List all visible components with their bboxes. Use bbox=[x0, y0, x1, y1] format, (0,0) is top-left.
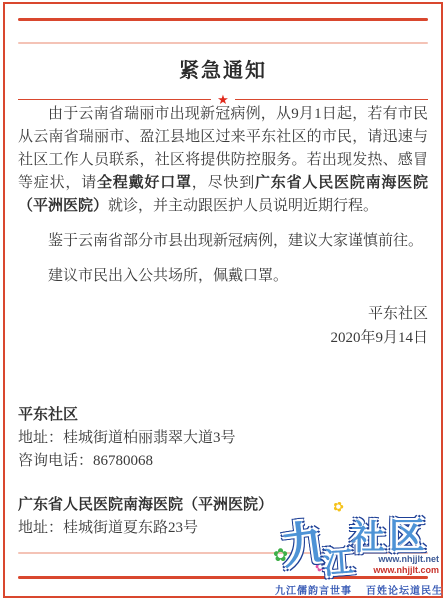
paragraph-1-mid: ，尽快到 bbox=[192, 175, 255, 191]
contact-community-name: 平东社区 bbox=[18, 404, 428, 427]
logo-tagline-right: 百姓论坛道民生 bbox=[366, 582, 443, 597]
paragraph-1-bold-mask: 全程戴好口罩 bbox=[97, 175, 192, 191]
notice-title: 紧急通知 bbox=[0, 54, 446, 83]
logo-tagline-left: 九江儒韵言世事 bbox=[275, 582, 352, 597]
signature-name: 平东社区 bbox=[18, 302, 428, 326]
logo-tagline: 九江儒韵言世事 百姓论坛道民生 bbox=[275, 582, 443, 597]
logo-char-qu: 区 bbox=[389, 508, 425, 559]
notice-body: 由于云南省瑞丽市出现新冠病例，从9月1日起，若有市民从云南省瑞丽市、盈江县地区过… bbox=[18, 103, 428, 350]
top-thick-rule bbox=[18, 18, 428, 21]
signature-date: 2020年9月14日 bbox=[18, 326, 428, 350]
notice-page: 紧急通知 ★ 由于云南省瑞丽市出现新冠病例，从9月1日起，若有市民从云南省瑞丽市… bbox=[0, 0, 446, 600]
paragraph-1-end: 就诊，并主动跟医护人员说明近期行程。 bbox=[108, 198, 378, 214]
contact-community: 平东社区 地址：桂城街道柏丽翡翠大道3号 咨询电话：86780068 bbox=[18, 404, 428, 473]
paragraph-1: 由于云南省瑞丽市出现新冠病例，从9月1日起，若有市民从云南省瑞丽市、盈江县地区过… bbox=[18, 103, 428, 218]
top-light-rule bbox=[18, 42, 428, 44]
logo-url-net: www.nhjjlt.net bbox=[373, 554, 439, 565]
paragraph-2: 鉴于云南省部分市县出现新冠病例，建议大家谨慎前往。 bbox=[18, 230, 428, 253]
divider-line-right bbox=[235, 99, 428, 100]
logo-url-com: www.nhjjlt.com bbox=[373, 565, 439, 576]
signature-block: 平东社区 2020年9月14日 bbox=[18, 302, 428, 350]
paragraph-3: 建议市民出入公共场所，佩戴口罩。 bbox=[18, 265, 428, 288]
contact-community-address: 地址：桂城街道柏丽翡翠大道3号 bbox=[18, 427, 428, 450]
divider-line-left bbox=[18, 99, 211, 100]
logo-char-jiang: 江 bbox=[322, 537, 355, 583]
jiujiang-community-logo: ✿ ✿ ✿ 九 江 社 区 www.nhjjlt.net www.nhjjlt.… bbox=[273, 502, 445, 598]
logo-char-she: 社 bbox=[351, 510, 385, 559]
contact-community-phone: 咨询电话：86780068 bbox=[18, 450, 428, 473]
logo-urls: www.nhjjlt.net www.nhjjlt.com bbox=[373, 554, 439, 576]
